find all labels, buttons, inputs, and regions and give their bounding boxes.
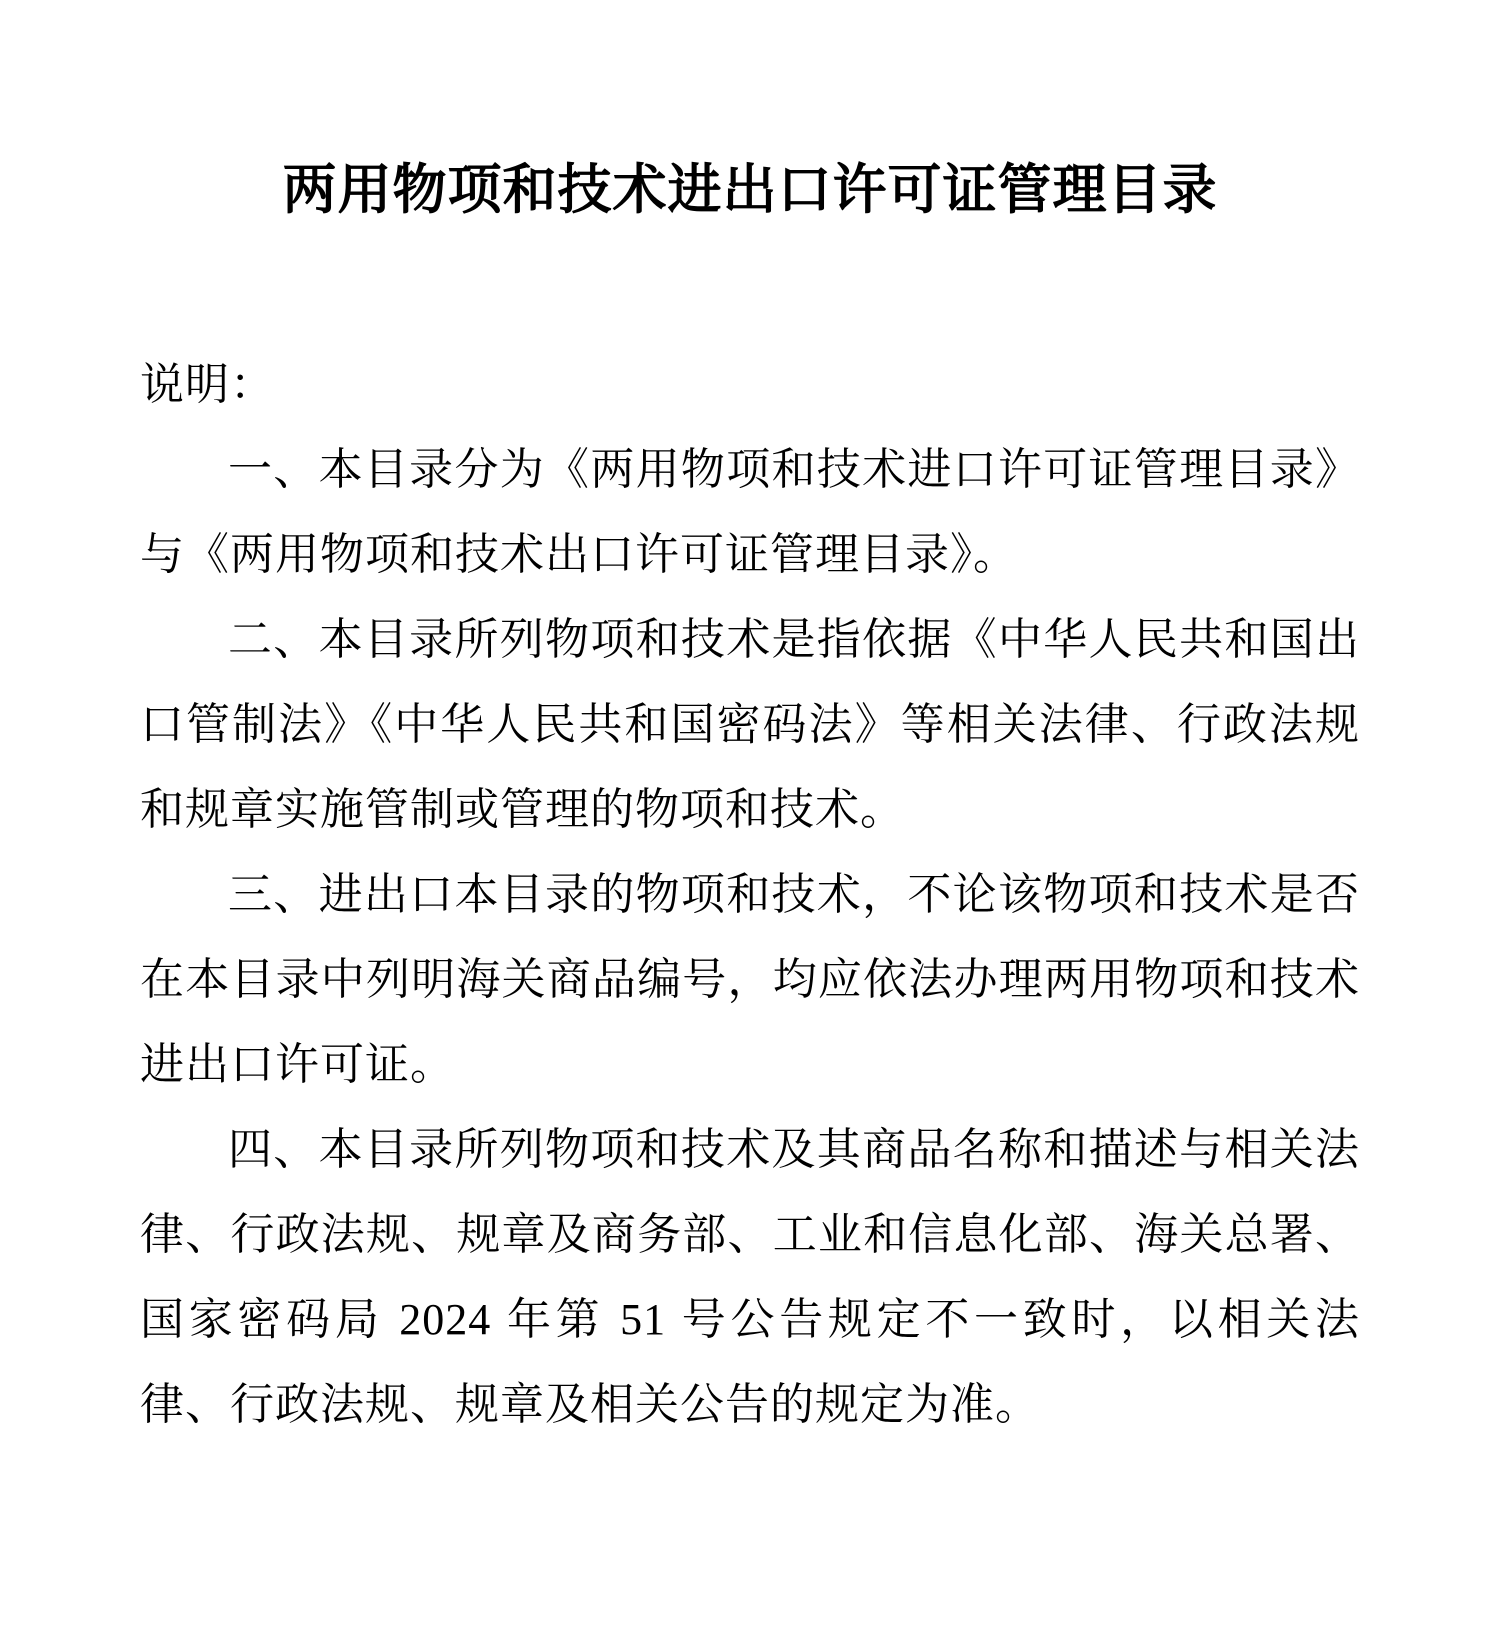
- document-body: 说明： 一、本目录分为《两用物项和技术进口许可证管理目录》与《两用物项和技术出口…: [140, 342, 1360, 1447]
- paragraph-2: 二、本目录所列物项和技术是指依据《中华人民共和国出口管制法》《中华人民共和国密码…: [140, 597, 1360, 852]
- document-page: 两用物项和技术进出口许可证管理目录 说明： 一、本目录分为《两用物项和技术进口许…: [0, 0, 1500, 1625]
- document-title: 两用物项和技术进出口许可证管理目录: [140, 150, 1360, 230]
- paragraph-4: 四、本目录所列物项和技术及其商品名称和描述与相关法律、行政法规、规章及商务部、工…: [140, 1107, 1360, 1447]
- paragraph-3: 三、进出口本目录的物项和技术，不论该物项和技术是否在本目录中列明海关商品编号，均…: [140, 852, 1360, 1107]
- paragraph-1: 一、本目录分为《两用物项和技术进口许可证管理目录》与《两用物项和技术出口许可证管…: [140, 427, 1360, 597]
- intro-label: 说明：: [140, 342, 1360, 427]
